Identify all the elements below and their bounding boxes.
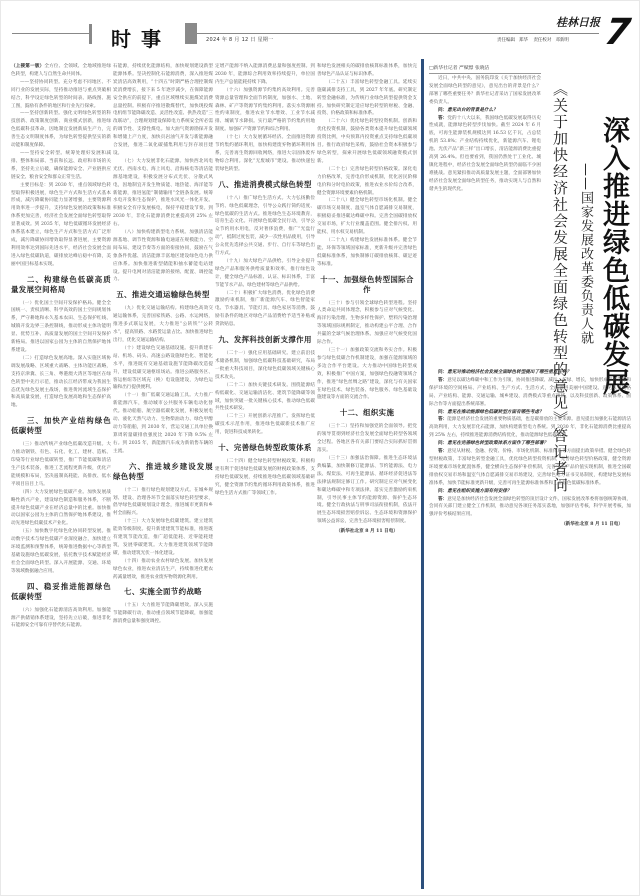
paragraph: 和绿色发展相关的碳排放核算标准体系，加快完善绿色产品认证与标识体系。 <box>317 63 417 79</box>
answer-text: 意见是加快经济社会发展全面绿色转型的顶层设计文件。国家发展改革委将加强统筹协调，… <box>429 497 631 518</box>
answer-label: 答： <box>438 417 447 422</box>
paragraph: （十九）加大绿色产品供给。引导企业提升绿色产品和服务供给质量和效率，推行绿色设计… <box>215 258 315 290</box>
dateline: （新华社北京 8 月 11 日电） <box>317 528 417 536</box>
paragraph: （五）加快数字化绿色化协同转型发展。推动数字技术与绿色低碳产业深度融合，加快建立… <box>11 528 111 575</box>
question-label: 问： <box>438 441 447 446</box>
masthead-block-icon <box>185 23 197 44</box>
section-heading-4: 四、稳妥推进能源绿色低碳转型 <box>11 582 111 602</box>
editor-name: 郑华 <box>519 38 528 43</box>
paragraph: （十四）推动农业农村绿色发展。加快发展绿色农业，推进农业清洁生产，持续推进化肥农… <box>113 558 213 582</box>
qa-question: 问：意见在推动能源绿色低碳转型方面有哪些考虑？ <box>429 409 631 417</box>
section-title: 时事 <box>111 23 171 52</box>
qa-question: 问：意见出台的背景是什么？ <box>429 107 541 115</box>
question-text: 意见对推动经济社会发展全面绿色转型提出了哪些重点任务？ <box>447 370 571 375</box>
section-heading-12: 十二、组织实施 <box>317 408 417 418</box>
paragraph: ——坚持安全转型。统筹处理好发展和减排、整体和局部、当前和长远、政府和市场的关系… <box>11 150 111 182</box>
paragraph: （二十四）健全绿色转型财税政策。积极构建有利于促进绿色低碳发展的财税政策体系，支… <box>215 458 315 498</box>
headline-deck: ——国家发展改革委负责人就 <box>578 163 593 345</box>
section-heading-2: 二、构建绿色低碳高质量发展空间格局 <box>11 275 111 295</box>
paragraph: （十六）加强资源节约集约高效利用。完善资源总量管理和全面节约制度，加强水、土地、… <box>215 87 315 134</box>
paragraph: 石能源，持续优化能源结构，加快规划建设新型能源体系。坚决控制化石能源消费，深入推… <box>113 63 213 158</box>
newspaper-page: 时事 2024 年 8 月 12 日 星期一 桂林日报 责任编辑郑华 责任校对邓… <box>0 0 640 896</box>
answer-label: 答： <box>438 449 447 454</box>
masthead-rule-right <box>197 33 599 34</box>
article-column-2: 石能源，持续优化能源结构，加快规划建设新型能源体系。坚决控制化石能源消费，深入推… <box>113 63 213 883</box>
paragraph: （三）推动传统产业绿色低碳改造升级。大力推动钢铁、有色、石化、化工、建材、造纸、… <box>11 441 111 488</box>
question-text: 意见在组织实施方面有何安排？ <box>447 489 511 494</box>
section-heading-3: 三、加快产业结构绿色低碳转型 <box>11 416 111 436</box>
paragraph: （十七）大力发展循环经济。全面推进资源节约集约循环利用，加快构建废弃物循环利用体… <box>215 134 315 174</box>
section-heading-10: 十、完善绿色转型政策体系 <box>215 443 315 453</box>
question-label: 问： <box>438 108 447 113</box>
paragraph: （七）大力发展非化石能源。加快西北风电光伏、西南水电、海上风电、沿海核电等清洁能… <box>113 158 213 229</box>
answer-text: 意见从财税、金融、投资、价格、市场化机制、标准体系等方面提出政策举措。健全绿色转… <box>429 449 631 486</box>
qa-answer: 答：能源是经济社会发展的重要物质基础，也是碳排放的主要来源。意见提出加强化石能源… <box>429 416 631 440</box>
paragraph: （三十二）坚持和加强党的全面领导。把党的领导贯彻到经济社会发展全面绿色转型各领域… <box>317 423 417 455</box>
qa-answer: 答：意见从财税、金融、投资、价格、市场化机制、标准体系等方面提出政策举措。健全绿… <box>429 448 631 488</box>
section-heading-6: 六、推进城乡建设发展绿色转型 <box>113 462 213 482</box>
paragraph: （二十六）优化绿色转型投资机制。创新和优化投资机制，鼓励各类资本提升绿色低碳领域… <box>317 118 417 165</box>
paragraph: （一）优化国土空间开发保护格局。健全全国统一、责权清晰、科学高效的国土空间规划体… <box>11 300 111 355</box>
paragraph: ——坚持创新转型。强化文明绿色转型的科技创新、政策制度创新、商业模式创新，推进绿… <box>11 110 111 150</box>
lead-label: （上接第一版） <box>11 64 44 69</box>
paragraph: （二十九）构建绿色发展标准体系。健全节能、环保等领域国家标准，更新升级并完善绿色… <box>317 237 417 269</box>
paragraph: （二十）积极扩大绿色消费。优化绿色消费激励约束机制，推广新能源汽车、绿色智能家电… <box>215 290 315 330</box>
question-label: 问： <box>438 489 447 494</box>
proofreader-name: 邓新明 <box>555 38 569 43</box>
lead-paragraph: （上接第一版）全方位、全领域、全地域推进绿色转型，构建人与自然生命共同体。 <box>11 63 111 79</box>
dateline: （新华社北京 8 月 11 日电） <box>429 521 631 529</box>
answer-label: 答： <box>438 378 447 383</box>
page-number: 7 <box>602 15 632 51</box>
headline-main: 深入推进绿色低碳发展 <box>598 116 628 396</box>
paragraph: （四）大力发展绿色低碳产业。加快发展战略性新兴产业，建设绿色制造和服务体系，不断… <box>11 489 111 529</box>
paragraph: （十八）推广绿色生活方式。大力弘扬勤俭节约、绿色低碳理念，引导公众践行简约适度、… <box>215 195 315 258</box>
paragraph: （六）加强化石能源清洁高效利用。加强能源产供储销体系建设，坚持先立后破，推进非化… <box>11 607 111 631</box>
answer-text: 能源是经济社会发展的重要物质基础，也是碳排放的主要来源。意见提出加强化石能源清洁… <box>429 417 631 438</box>
answer-text: 意见以碳达峰碳中和工作为引领，协同推进降碳、减污、扩绿、增长，加快形成节约资源和… <box>429 378 631 407</box>
paragraph: （三十一）加强政策交流和务实合作。积极参与绿色低碳合作机制建设，加强在能源领域的… <box>317 347 417 402</box>
question-text: 意见出台的背景是什么？ <box>447 108 498 113</box>
question-text: 意见在推动能源绿色低碳转型方面有哪些考虑？ <box>447 410 543 415</box>
masthead: 时事 2024 年 8 月 12 日 星期一 桂林日报 责任编辑郑华 责任校对邓… <box>1 1 640 53</box>
paragraph: （十二）推行绿色规划建设方式。在城乡规划、建设、治理各环节全面落实绿色转型要求，… <box>113 487 213 519</box>
issue-date: 2024 年 8 月 12 日 星期一 <box>206 36 274 43</box>
answer-text: 党的十八大以来，我国绿色低碳发展取得历史性成就，能源绿色转型步伐加快。截至 20… <box>429 116 541 192</box>
paragraph: （十五）大力推进节能降碳增效。深入实施节能降碳行动，推动重点领域节能降碳，加强能… <box>113 602 213 626</box>
qa-answer: 答：意见是加快经济社会发展全面绿色转型的顶层设计文件。国家发展改革委将加强统筹协… <box>429 496 631 520</box>
paragraph: （十一）推广低碳交通运输工具。大力推广新能源汽车，推动城市公共服务车辆电动化替代… <box>113 392 213 455</box>
section-heading-9: 九、发挥科技创新支撑作用 <box>215 335 315 345</box>
paragraph: （二十一）强化应用基础研究。建立前沿技术储备机制，加强绿色低碳科技基础研究，布局… <box>215 350 315 382</box>
qa-question: 问：意见在组织实施方面有何安排？ <box>429 488 631 496</box>
article-column-1: （上接第一版）全方位、全领域、全地域推进绿色转型，构建人与自然生命共同体。 ——… <box>11 63 111 883</box>
qa-answer: 答：意见以碳达峰碳中和工作为引领，协同推进降碳、减污、扩绿、增长，加快形成节约资… <box>429 377 631 409</box>
paragraph: （二十七）完善绿色转型价格政策。深化电力价格改革，完善电价形成机制，优化居民阶梯… <box>317 166 417 198</box>
masthead-tick <box>89 24 92 44</box>
answer-label: 答： <box>438 116 447 121</box>
paragraph: （二十二）加快关键技术研发。围绕能源结构低碳化、交通运输清洁化、建筑节能降碳等领… <box>215 382 315 414</box>
article-column-3: 定增产能源不纳入能源消费总量和强度控制。到 2030 年，能源综合利用效率持续提… <box>215 63 315 883</box>
paragraph: 定增产能源不纳入能源消费总量和强度控制。到 2030 年，能源综合利用效率持续提… <box>215 63 315 87</box>
section-heading-7: 七、实施全面节约战略 <box>113 587 213 597</box>
paragraph: 主要目标是：到 2030 年，重点领域绿色转型取得积极进展，绿色生产方式和生活方… <box>11 182 111 269</box>
paragraph: （二十三）开展创新示范推广。发挥绿色低碳技术示范作用，推进绿色低碳新技术推广应用… <box>215 413 315 437</box>
qa-answer: 答：党的十八大以来，我国绿色低碳发展取得历史性成就，能源绿色转型步伐加快。截至 … <box>429 115 541 194</box>
paragraph: （九）优化交通运输结构。构建绿色高效交通运输体系，完善国家铁路、公路、水运网络，… <box>113 305 213 345</box>
paragraph: （八）加快构建新型电力系统。加强清洁能源基地、调节性资源和输电通道在规模能力、空… <box>113 229 213 284</box>
interview-body: 问：意见对推动经济社会发展全面绿色转型提出了哪些重点任务？ 答：意见以碳达峰碳中… <box>429 369 631 889</box>
proofreader-label: 责任校对 <box>533 38 551 43</box>
editors-line: 责任编辑郑华 责任校对邓新明 <box>497 37 573 43</box>
masthead-rule-left <box>12 33 90 34</box>
paragraph: ——坚持协同转型。充分考虑不同地区、不同行业的发展实际，坚持推动推进与重点突破相… <box>11 79 111 111</box>
paragraph: （十三）大力发展绿色低碳建筑。建立建筑能效等级制度。提升新建建筑节能标准，推进既… <box>113 518 213 558</box>
paragraph: （三十）参与引领全球绿色转型进程。坚持人类命运共同体理念，积极参与应对气候变化、… <box>317 300 417 347</box>
question-label: 问： <box>438 370 447 375</box>
paragraph: （二十五）丰富绿色转型金融工具。延续实施碳减排支持工具，到 2027 年年底。研… <box>317 79 417 119</box>
section-heading-11: 十一、加强绿色转型国际合作 <box>317 275 417 295</box>
paragraph: （三十三）加强法治保障。推进生态环境法典编纂，加快制修订能源法、节约能源法、电力… <box>317 455 417 526</box>
article-column-4: 和绿色发展相关的碳排放核算标准体系，加快完善绿色产品认证与标识体系。 （二十五）… <box>317 63 417 883</box>
editor-label: 责任编辑 <box>497 38 515 43</box>
byline: □新华社记者 严赋憬 张晓洁 <box>429 64 541 74</box>
qa-question: 问：意见在完善绿色转型政策体系方面作了哪些部署？ <box>429 440 631 448</box>
intro-paragraph: 近日，中共中央、国务院印发《关于加快经济社会发展全面绿色转型的意见》，意见出台的… <box>429 75 541 107</box>
paragraph: （二）打造绿色发展高地。深入实施区域协调发展战略、区域重大战略、主体功能区战略，… <box>11 355 111 410</box>
paragraph: （二十八）健全绿色转型市场化机制。健全碳市场交易制度、温室气体自愿减排交易制度，… <box>317 197 417 237</box>
section-heading-8: 八、推进消费模式绿色转型 <box>215 180 315 190</box>
answer-label: 答： <box>438 497 447 502</box>
question-text: 意见在完善绿色转型政策体系方面作了哪些部署？ <box>447 441 548 446</box>
question-label: 问： <box>438 410 447 415</box>
paragraph: （十）建设绿色交通基础设施。提升新建车站、机场、码头、高速公路设施绿色化、智能化… <box>113 345 213 392</box>
qa-question: 问：意见对推动经济社会发展全面绿色转型提出了哪些重点任务？ <box>429 369 631 377</box>
paper-name-logo: 桂林日报 <box>556 14 600 30</box>
article-accent-bar <box>421 59 424 889</box>
interview-intro-column: 近日，中共中央、国务院印发《关于加快经济社会发展全面绿色转型的意见》，意见出台的… <box>429 75 541 375</box>
section-heading-5: 五、推进交通运输绿色转型 <box>113 290 213 300</box>
